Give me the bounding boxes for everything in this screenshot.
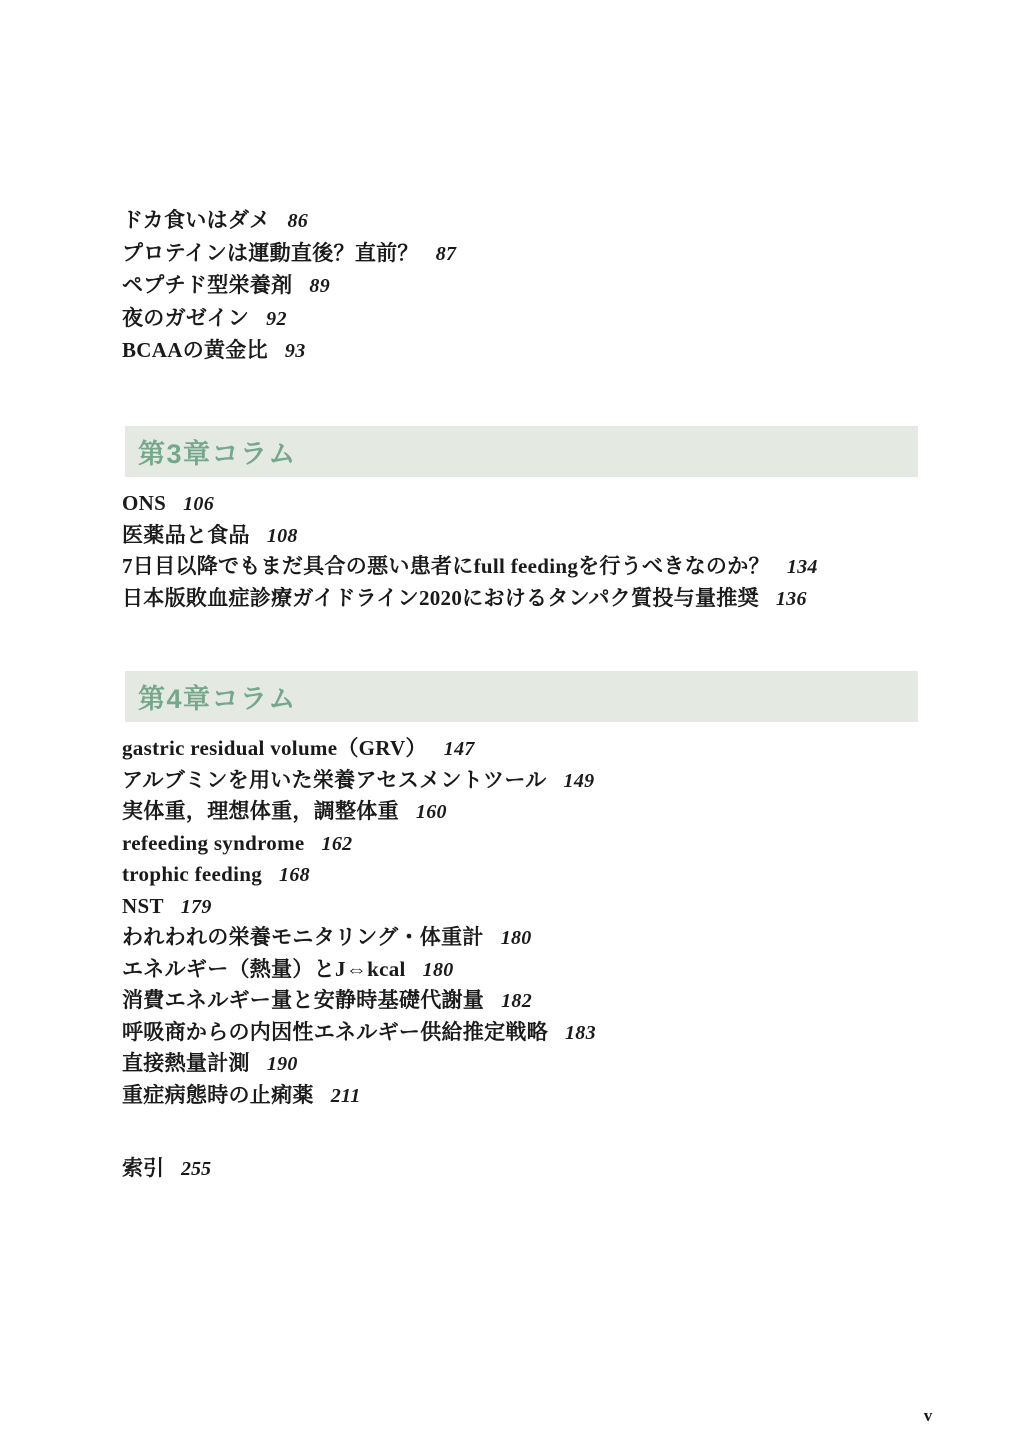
- toc-entry: ONS106: [122, 488, 818, 520]
- toc-entry-title: BCAAの黄金比: [122, 338, 268, 362]
- toc-entry-title: 重症病態時の止痢薬: [122, 1083, 314, 1107]
- page-folio: v: [916, 1406, 940, 1426]
- toc-entry: 夜のガゼイン92: [122, 303, 456, 336]
- toc-entry-title: refeeding syndrome: [122, 831, 305, 855]
- toc-entry: 医薬品と食品108: [122, 520, 818, 552]
- toc-entry-page: 180: [501, 927, 532, 949]
- toc-entry: gastric residual volume（GRV）147: [122, 733, 596, 765]
- toc-entry: 消費エネルギー量と安静時基礎代謝量182: [122, 985, 596, 1017]
- toc-entry-title: NST: [122, 894, 164, 918]
- chapter4-column-heading: 第4章コラム: [125, 677, 297, 716]
- chapter3-column-heading: 第3章コラム: [125, 432, 297, 471]
- toc-entry-title: ペプチド型栄養剤: [122, 273, 292, 297]
- toc-entry-title: 実体重，理想体重，調整体重: [122, 799, 399, 823]
- toc-entry-page: 134: [787, 556, 818, 578]
- toc-entry-title: trophic feeding: [122, 862, 262, 886]
- toc-entry-page: 136: [776, 588, 807, 610]
- toc-entry-title: 日本版敗血症診療ガイドライン2020におけるタンパク質投与量推奨: [122, 586, 759, 610]
- toc-entry: われわれの栄養モニタリング・体重計180: [122, 922, 596, 954]
- toc-entry-page: 93: [285, 340, 306, 362]
- toc-entry: 7日目以降でもまだ具合の悪い患者にfull feedingを行うべきなのか？13…: [122, 551, 818, 583]
- book-page: ドカ食いはダメ86 プロテインは運動直後？直前？87 ペプチド型栄養剤89 夜の…: [0, 0, 1032, 1456]
- toc-list-chapter3: ONS106 医薬品と食品108 7日目以降でもまだ具合の悪い患者にfull f…: [122, 488, 818, 614]
- toc-entry: NST179: [122, 891, 596, 923]
- toc-entry-title: アルブミンを用いた栄養アセスメントツール: [122, 768, 547, 792]
- toc-entry: ペプチド型栄養剤89: [122, 270, 456, 303]
- toc-entry-page: 182: [501, 990, 532, 1012]
- toc-entry: プロテインは運動直後？直前？87: [122, 238, 456, 271]
- toc-entry: ドカ食いはダメ86: [122, 205, 456, 238]
- chapter4-column-heading-bar: 第4章コラム: [125, 671, 918, 722]
- toc-entry-page: 149: [564, 770, 595, 792]
- toc-list-intro: ドカ食いはダメ86 プロテインは運動直後？直前？87 ペプチド型栄養剤89 夜の…: [122, 205, 456, 368]
- toc-entry-page: 168: [279, 864, 310, 886]
- toc-entry-page: 179: [181, 896, 212, 918]
- toc-entry: 呼吸商からの内因性エネルギー供給推定戦略183: [122, 1017, 596, 1049]
- toc-entry-page: 86: [287, 210, 308, 232]
- toc-entry-title: ドカ食いはダメ: [122, 208, 270, 232]
- toc-entry-title: 7日目以降でもまだ具合の悪い患者にfull feedingを行うべきなのか？: [122, 554, 770, 578]
- chapter3-column-heading-bar: 第3章コラム: [125, 426, 918, 477]
- index-entry-page: 255: [181, 1158, 211, 1180]
- toc-entry-title: われわれの栄養モニタリング・体重計: [122, 925, 484, 949]
- toc-entry-title: 消費エネルギー量と安静時基礎代謝量: [122, 988, 484, 1012]
- toc-entry: アルブミンを用いた栄養アセスメントツール149: [122, 765, 596, 797]
- toc-entry-page: 211: [331, 1085, 361, 1107]
- toc-entry: エネルギー（熱量）とJ⇔kcal180: [122, 954, 596, 986]
- toc-entry-title: エネルギー（熱量）とJ⇔kcal: [122, 957, 406, 981]
- toc-entry-page: 183: [565, 1022, 596, 1044]
- toc-entry-title: 医薬品と食品: [122, 523, 250, 547]
- toc-entry-page: 162: [322, 833, 353, 855]
- toc-entry: 実体重，理想体重，調整体重160: [122, 796, 596, 828]
- toc-entry: trophic feeding168: [122, 859, 596, 891]
- toc-entry: 日本版敗血症診療ガイドライン2020におけるタンパク質投与量推奨136: [122, 583, 818, 615]
- toc-entry-title: gastric residual volume（GRV）: [122, 736, 427, 760]
- toc-entry-title: ONS: [122, 491, 166, 515]
- toc-entry: BCAAの黄金比93: [122, 335, 456, 368]
- toc-entry: 直接熱量計測190: [122, 1048, 596, 1080]
- toc-entry-page: 190: [267, 1053, 298, 1075]
- toc-entry-title: 呼吸商からの内因性エネルギー供給推定戦略: [122, 1020, 548, 1044]
- toc-entry-title: 夜のガゼイン: [122, 306, 249, 330]
- toc-entry: 重症病態時の止痢薬211: [122, 1080, 596, 1112]
- index-entry: 索引255: [122, 1152, 211, 1182]
- toc-entry-page: 160: [416, 801, 447, 823]
- toc-entry-page: 147: [444, 738, 475, 760]
- toc-entry: refeeding syndrome162: [122, 828, 596, 860]
- toc-entry-title: プロテインは運動直後？直前？: [122, 241, 419, 265]
- toc-entry-page: 92: [266, 308, 287, 330]
- toc-entry-page: 108: [267, 525, 298, 547]
- toc-list-chapter4: gastric residual volume（GRV）147 アルブミンを用い…: [122, 733, 596, 1111]
- toc-entry-page: 89: [309, 275, 330, 297]
- toc-entry-page: 106: [183, 493, 214, 515]
- toc-entry-title: 直接熱量計測: [122, 1051, 250, 1075]
- toc-entry-page: 87: [436, 243, 457, 265]
- index-entry-title: 索引: [122, 1156, 164, 1180]
- toc-entry-page: 180: [423, 959, 454, 981]
